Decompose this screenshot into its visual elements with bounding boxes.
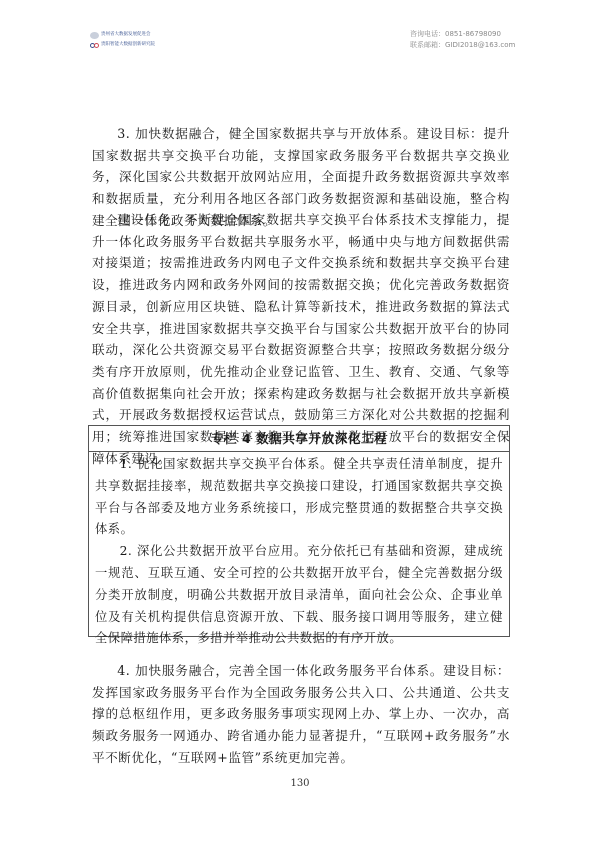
section4-goal-paragraph: 4. 加快服务融合，完善全国一体化政务服务平台体系。建设目标：发挥国家政务服务平… — [92, 660, 510, 769]
logo-row-association: 贵州省大数据发展促进会 — [90, 30, 170, 40]
organization-name: 贵州省大数据发展促进会 — [101, 33, 151, 38]
page-number: 130 — [0, 778, 600, 789]
logo-row-institute: 贵阳智能大数据创新研究院 — [90, 40, 170, 50]
column-item-2: 2. 深化公共数据开放平台应用。充分依托已有基础和资源，建成统一规范、互联互通、… — [95, 541, 503, 650]
phone-line: 咨询电话：0851-86798090 — [410, 29, 515, 40]
phone-number: 0851-86798090 — [445, 30, 501, 38]
email-line: 联系邮箱：GIDI2018@163.com — [410, 40, 515, 51]
organization-logo-icon — [90, 32, 99, 39]
column-box-title: 专栏 4 数据共享开放深化工程 — [89, 426, 509, 452]
header-logos: 贵州省大数据发展促进会 贵阳智能大数据创新研究院 — [90, 30, 170, 52]
phone-label: 咨询电话： — [410, 30, 445, 38]
email-label: 联系邮箱： — [410, 41, 445, 49]
email-address: GIDI2018@163.com — [445, 41, 515, 49]
institute-name: 贵阳智能大数据创新研究院 — [101, 43, 155, 48]
column-item-1: 1. 优化国家数据共享交换平台体系。健全共享责任清单制度，提升共享数据挂接率，规… — [95, 454, 503, 541]
contact-info: 咨询电话：0851-86798090 联系邮箱：GIDI2018@163.com — [410, 29, 515, 51]
column-box-body: 1. 优化国家数据共享交换平台体系。健全共享责任清单制度，提升共享数据挂接率，规… — [89, 452, 509, 650]
column-box: 专栏 4 数据共享开放深化工程 1. 优化国家数据共享交换平台体系。健全共享责任… — [88, 425, 510, 637]
institute-logo-icon — [90, 42, 100, 49]
